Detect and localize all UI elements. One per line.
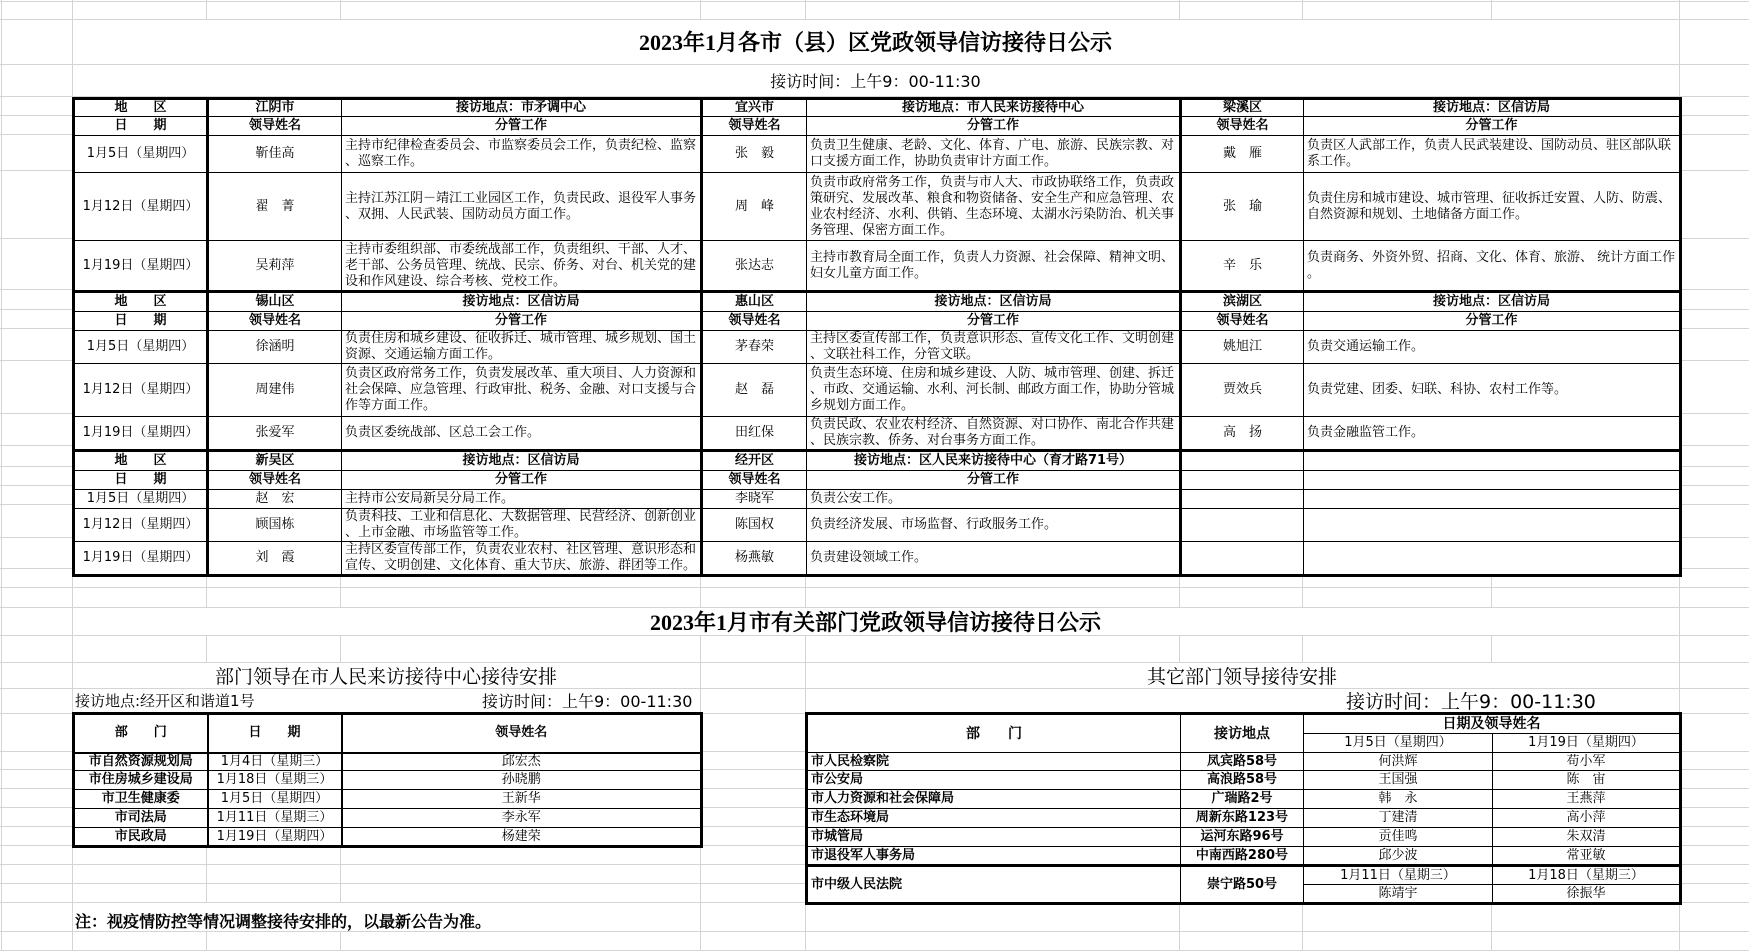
reception-location: 接访地点：区信访局 (807, 292, 1181, 312)
leader-duty: 负责商务、外资外贸、招商、文化、体育、旅游、 统计方面工作。 (1304, 241, 1681, 292)
reception-location: 广瑞路2号 (1181, 790, 1304, 809)
region-label: 地 区 (74, 451, 208, 471)
leader-name: 杨燕敏 (702, 542, 807, 576)
leader-name: 戴 雁 (1181, 136, 1304, 173)
leader-duty: 负责建设领域工作。 (807, 542, 1181, 576)
table-row: 市住房城乡建设局 1月18日（星期三） 孙晓鹏 (74, 771, 702, 790)
spreadsheet-sheet: 2023年1月各市（县）区党政领导信访接待日公示 接访时间：上午9：00-11:… (0, 0, 1749, 951)
table-row: 市司法局 1月11日（星期三） 李永军 (74, 809, 702, 828)
leader-duty: 负责住房和城乡建设、征收拆迁、城市管理、城乡规划、国土资源、交通运输方面工作。 (342, 331, 702, 364)
center-reception-location: 接访地点:经开区和谐道1号 (75, 688, 255, 713)
reception-date: 1月5日（星期四） (74, 331, 208, 364)
reception-location: 周新东路123号 (1181, 809, 1304, 828)
leader-name: 翟 菁 (208, 173, 342, 241)
department-name: 市司法局 (74, 809, 208, 828)
reception-location: 接访地点：区信访局 (342, 451, 702, 471)
duty-column-header: 分管工作 (1304, 117, 1681, 136)
table-row: 市退役军人事务局 中南西路280号 邱少波 常亚敏 (807, 847, 1681, 866)
table-row: 市人民检察院 凤宾路58号 何洪辉 苟小军 (807, 753, 1681, 771)
district-name: 惠山区 (702, 292, 807, 312)
leader-name: 徐振华 (1493, 885, 1681, 904)
schedule-row: 1月5日（星期四） 赵 宏 主持市公安局新吴分局工作。 李晓军 负责公安工作。 (74, 490, 1681, 509)
district-name: 新吴区 (208, 451, 342, 471)
empty-cell (1181, 471, 1304, 490)
date-column-header: 日 期 (74, 117, 208, 136)
leader-name: 陈 宙 (1493, 771, 1681, 790)
leader-name: 王新华 (342, 790, 702, 809)
leader-duty: 主持市纪律检查委员会、市监察委员会工作，负责纪检、监察、巡察工作。 (342, 136, 702, 173)
leader-name: 贾效兵 (1181, 364, 1304, 417)
leader-duty: 负责民政、农业农村经济、自然资源、对口协作、南北合作共建、民族宗教、侨务、对台事… (807, 417, 1181, 451)
leader-name: 赵 磊 (702, 364, 807, 417)
section-title-departments: 2023年1月市有关部门党政领导信访接待日公示 (72, 607, 1679, 635)
reception-date: 1月19日（星期四） (74, 417, 208, 451)
reception-location: 高浪路58号 (1181, 771, 1304, 790)
leader-name: 张 毅 (702, 136, 807, 173)
reception-date: 1月19日（星期四） (74, 542, 208, 576)
leader-name: 陈国权 (702, 509, 807, 542)
empty-cell (1181, 451, 1304, 471)
leader-name: 李永军 (342, 809, 702, 828)
department-name: 市自然资源规划局 (74, 753, 208, 771)
reception-date: 1月12日（星期四） (74, 509, 208, 542)
leader-name: 姚旭江 (1181, 331, 1304, 364)
schedule-row: 1月12日（星期四） 翟 菁 主持江苏江阴－靖江工业园区工作，负责民政、退役军人… (74, 173, 1681, 241)
empty-cell (1304, 451, 1681, 471)
schedule-row: 1月5日（星期四） 靳佳高 主持市纪律检查委员会、市监察委员会工作，负责纪检、监… (74, 136, 1681, 173)
empty-cell (1304, 490, 1681, 509)
region-row: 地 区 锡山区 接访地点：区信访局 惠山区 接访地点：区信访局 滨湖区 接访地点… (74, 292, 1681, 312)
region-row: 地 区 江阴市 接访地点：市矛调中心 宜兴市 接访地点：市人民来访接待中心 梁溪… (74, 99, 1681, 117)
table-row: 市城管局 运河东路96号 贡佳鸣 朱双清 (807, 828, 1681, 847)
leader-name: 辛 乐 (1181, 241, 1304, 292)
duty-column-header: 分管工作 (342, 471, 702, 490)
reception-date: 1月12日（星期四） (74, 364, 208, 417)
leader-name: 王国强 (1304, 771, 1493, 790)
reception-date: 1月18日（星期三） (1493, 866, 1681, 885)
center-schedule-heading: 部门领导在市人民来访接待中心接待安排 (72, 662, 700, 688)
reception-date: 1月18日（星期三） (208, 771, 342, 790)
empty-cell (1181, 542, 1304, 576)
reception-date: 1月19日（星期四） (208, 828, 342, 847)
center-schedule-table: 部 门 日 期 领导姓名 市自然资源规划局 1月4日（星期三） 邱宏杰 市住房城… (72, 712, 703, 848)
reception-location: 接访地点：区信访局 (342, 292, 702, 312)
schedule-row: 1月19日（星期四） 刘 霞 主持区委宣传部工作，负责农业农村、社区管理、意识形… (74, 542, 1681, 576)
leader-duty: 主持区委宣传部工作，负责意识形态、宣传文化工作、文明创建、文联社科工作，分管文联… (807, 331, 1181, 364)
district-name: 滨湖区 (1181, 292, 1304, 312)
reception-location: 凤宾路58号 (1181, 753, 1304, 771)
leader-name: 周建伟 (208, 364, 342, 417)
leader-name: 张爱军 (208, 417, 342, 451)
date-column-header: 日 期 (208, 714, 342, 753)
leader-duty: 负责交通运输工作。 (1304, 331, 1681, 364)
duty-column-header: 分管工作 (807, 312, 1181, 331)
leader-name: 邱宏杰 (342, 753, 702, 771)
reception-location: 接访地点：区信访局 (1304, 99, 1681, 117)
department-name: 市卫生健康委 (74, 790, 208, 809)
table-row: 市卫生健康委 1月5日（星期四） 王新华 (74, 790, 702, 809)
leader-name: 王燕萍 (1493, 790, 1681, 809)
reception-location: 运河东路96号 (1181, 828, 1304, 847)
reception-location: 接访地点：区人民来访接待中心（育才路71号） (807, 451, 1181, 471)
reception-date: 1月4日（星期三） (208, 753, 342, 771)
leader-name: 丁建清 (1304, 809, 1493, 828)
leader-duty: 负责经济发展、市场监督、行政服务工作。 (807, 509, 1181, 542)
leader-name: 高小萍 (1493, 809, 1681, 828)
leader-name: 田红保 (702, 417, 807, 451)
leader-duty: 主持市公安局新吴分局工作。 (342, 490, 702, 509)
department-name: 市人力资源和社会保障局 (807, 790, 1181, 809)
leader-name: 杨建荣 (342, 828, 702, 847)
other-schedule-table: 部 门 接访地点 日期及领导姓名 1月5日（星期四） 1月19日（星期四） 市人… (805, 712, 1682, 905)
leader-column-header: 领导姓名 (702, 117, 807, 136)
table-row: 市自然资源规划局 1月4日（星期三） 邱宏杰 (74, 753, 702, 771)
district-name: 经开区 (702, 451, 807, 471)
leader-duty: 负责区政府常务工作，负责发展改革、重大项目、人力资源和社会保障、应急管理、行政审… (342, 364, 702, 417)
leader-duty: 负责区人武部工作，负责人民武装建设、国防动员、驻区部队联系工作。 (1304, 136, 1681, 173)
reception-location: 接访地点：市矛调中心 (342, 99, 702, 117)
region-label: 地 区 (74, 99, 208, 117)
department-name: 市城管局 (807, 828, 1181, 847)
duty-column-header: 分管工作 (807, 471, 1181, 490)
leader-name: 苟小军 (1493, 753, 1681, 771)
reception-date: 1月5日（星期四） (74, 136, 208, 173)
region-label: 地 区 (74, 292, 208, 312)
reception-date: 1月5日（星期四） (208, 790, 342, 809)
schedule-row: 1月19日（星期四） 张爱军 负责区委统战部、区总工会工作。 田红保 负责民政、… (74, 417, 1681, 451)
column-header-row: 日 期 领导姓名 分管工作 领导姓名 分管工作 领导姓名 分管工作 (74, 117, 1681, 136)
reception-location: 接访地点：市人民来访接待中心 (807, 99, 1181, 117)
date-column-header: 日 期 (74, 471, 208, 490)
district-name: 江阴市 (208, 99, 342, 117)
empty-cell (1304, 471, 1681, 490)
schedule-row: 1月19日（星期四） 吴莉萍 主持市委组织部、市委统战部工作，负责组织、干部、人… (74, 241, 1681, 292)
leader-name: 孙晓鹏 (342, 771, 702, 790)
reception-date: 1月19日（星期四） (74, 241, 208, 292)
leader-name: 刘 霞 (208, 542, 342, 576)
leader-duty: 负责党建、团委、妇联、科协、农村工作等。 (1304, 364, 1681, 417)
reception-date: 1月5日（星期四） (1304, 734, 1493, 753)
leader-duty: 主持区委宣传部工作，负责农业农村、社区管理、意识形态和宣传、文明创建、文化体育、… (342, 542, 702, 576)
leader-column-header: 领导姓名 (208, 312, 342, 331)
duty-column-header: 分管工作 (342, 117, 702, 136)
leader-duty: 负责住房和城市建设、城市管理、征收拆迁安置、人防、防震、自然资源和规划、土地储备… (1304, 173, 1681, 241)
court-date-row: 市中级人民法院 崇宁路50号 1月11日（星期三） 1月18日（星期三） (807, 866, 1681, 885)
leader-name: 邱少波 (1304, 847, 1493, 866)
reception-date: 1月5日（星期四） (74, 490, 208, 509)
leader-name: 何洪辉 (1304, 753, 1493, 771)
leader-duty: 负责生态环境、住房和城乡建设、人防、城市管理、创建、拆迁、市政、交通运输、水利、… (807, 364, 1181, 417)
leader-duty: 负责科技、工业和信息化、大数据管理、民营经济、创新创业、上市金融、市场监管等工作… (342, 509, 702, 542)
leader-name: 韩 永 (1304, 790, 1493, 809)
reception-location: 接访地点：区信访局 (1304, 292, 1681, 312)
region-row: 地 区 新吴区 接访地点：区信访局 经开区 接访地点：区人民来访接待中心（育才路… (74, 451, 1681, 471)
leader-column-header: 领导姓名 (342, 714, 702, 753)
leader-column-header: 领导姓名 (702, 312, 807, 331)
leader-column-header: 领导姓名 (208, 117, 342, 136)
leader-name: 朱双清 (1493, 828, 1681, 847)
leader-name: 张 瑜 (1181, 173, 1304, 241)
table-row: 市公安局 高浪路58号 王国强 陈 宙 (807, 771, 1681, 790)
column-header-row: 日 期 领导姓名 分管工作 领导姓名 分管工作 (74, 471, 1681, 490)
leader-column-header: 领导姓名 (1181, 117, 1304, 136)
leader-name: 吴莉萍 (208, 241, 342, 292)
empty-cell (1304, 509, 1681, 542)
leader-name: 常亚敏 (1493, 847, 1681, 866)
leader-name: 赵 宏 (208, 490, 342, 509)
reception-location: 崇宁路50号 (1181, 866, 1304, 904)
leader-duty: 负责卫生健康、老龄、文化、体育、广电、旅游、民族宗教、对口支援方面工作，协助负责… (807, 136, 1181, 173)
schedule-row: 1月12日（星期四） 周建伟 负责区政府常务工作，负责发展改革、重大项目、人力资… (74, 364, 1681, 417)
department-name: 市中级人民法院 (807, 866, 1181, 904)
reception-date: 1月11日（星期三） (208, 809, 342, 828)
leader-name: 茅春荣 (702, 331, 807, 364)
footnote: 注：视疫情防控等情况调整接待安排的，以最新公告为准。 (75, 908, 491, 932)
leader-column-header: 领导姓名 (208, 471, 342, 490)
leader-name: 陈靖宇 (1304, 885, 1493, 904)
reception-date: 1月12日（星期四） (74, 173, 208, 241)
schedule-row: 1月12日（星期四） 顾国栋 负责科技、工业和信息化、大数据管理、民营经济、创新… (74, 509, 1681, 542)
department-name: 市生态环境局 (807, 809, 1181, 828)
duty-column-header: 分管工作 (1304, 312, 1681, 331)
table-header-row: 部 门 接访地点 日期及领导姓名 (807, 714, 1681, 734)
district-schedule-table: 地 区 江阴市 接访地点：市矛调中心 宜兴市 接访地点：市人民来访接待中心 梁溪… (72, 97, 1682, 577)
page-title: 2023年1月各市（县）区党政领导信访接待日公示 (72, 19, 1679, 64)
table-row: 市生态环境局 周新东路123号 丁建清 高小萍 (807, 809, 1681, 828)
dept-column-header: 部 门 (807, 714, 1181, 753)
date-column-header: 日 期 (74, 312, 208, 331)
other-reception-time: 接访时间：上午9：00-11:30 (1346, 688, 1596, 713)
department-name: 市公安局 (807, 771, 1181, 790)
leader-duty: 主持江苏江阴－靖江工业园区工作，负责民政、退役军人事务、双拥、人民武装、国防动员… (342, 173, 702, 241)
leader-name: 李晓军 (702, 490, 807, 509)
leader-duty: 负责市政府常务工作，负责与市人大、市政协联络工作，负责政策研究、发展改革、粮食和… (807, 173, 1181, 241)
duty-column-header: 分管工作 (342, 312, 702, 331)
reception-time: 接访时间：上午9：00-11:30 (72, 64, 1679, 96)
leader-column-header: 领导姓名 (702, 471, 807, 490)
column-header-row: 日 期 领导姓名 分管工作 领导姓名 分管工作 领导姓名 分管工作 (74, 312, 1681, 331)
leader-duty: 负责公安工作。 (807, 490, 1181, 509)
leader-duty: 主持市教育局全面工作，负责人力资源、社会保障、精神文明、妇女儿童方面工作。 (807, 241, 1181, 292)
district-name: 梁溪区 (1181, 99, 1304, 117)
location-column-header: 接访地点 (1181, 714, 1304, 753)
leader-name: 高 扬 (1181, 417, 1304, 451)
leader-name: 周 峰 (702, 173, 807, 241)
leader-name: 徐涵明 (208, 331, 342, 364)
duty-column-header: 分管工作 (807, 117, 1181, 136)
empty-cell (1304, 542, 1681, 576)
department-name: 市住房城乡建设局 (74, 771, 208, 790)
leader-duty: 主持市委组织部、市委统战部工作，负责组织、干部、人才、老干部、公务员管理、统战、… (342, 241, 702, 292)
center-reception-time: 接访时间：上午9：00-11:30 (482, 688, 692, 713)
table-header-row: 部 门 日 期 领导姓名 (74, 714, 702, 753)
district-name: 锡山区 (208, 292, 342, 312)
leader-name: 顾国栋 (208, 509, 342, 542)
reception-date: 1月19日（星期四） (1493, 734, 1681, 753)
table-row: 市民政局 1月19日（星期四） 杨建荣 (74, 828, 702, 847)
other-schedule-heading: 其它部门领导接待安排 (805, 662, 1679, 688)
dept-column-header: 部 门 (74, 714, 208, 753)
leader-name: 张达志 (702, 241, 807, 292)
leader-column-header: 领导姓名 (1181, 312, 1304, 331)
department-name: 市民政局 (74, 828, 208, 847)
reception-location: 中南西路280号 (1181, 847, 1304, 866)
district-name: 宜兴市 (702, 99, 807, 117)
leader-name: 贡佳鸣 (1304, 828, 1493, 847)
leader-duty: 负责金融监管工作。 (1304, 417, 1681, 451)
table-row: 市人力资源和社会保障局 广瑞路2号 韩 永 王燕萍 (807, 790, 1681, 809)
schedule-row: 1月5日（星期四） 徐涵明 负责住房和城乡建设、征收拆迁、城市管理、城乡规划、国… (74, 331, 1681, 364)
empty-cell (1181, 490, 1304, 509)
department-name: 市退役军人事务局 (807, 847, 1181, 866)
empty-cell (1181, 509, 1304, 542)
leader-name: 靳佳高 (208, 136, 342, 173)
date-leader-column-header: 日期及领导姓名 (1304, 714, 1681, 734)
department-name: 市人民检察院 (807, 753, 1181, 771)
reception-date: 1月11日（星期三） (1304, 866, 1493, 885)
leader-duty: 负责区委统战部、区总工会工作。 (342, 417, 702, 451)
